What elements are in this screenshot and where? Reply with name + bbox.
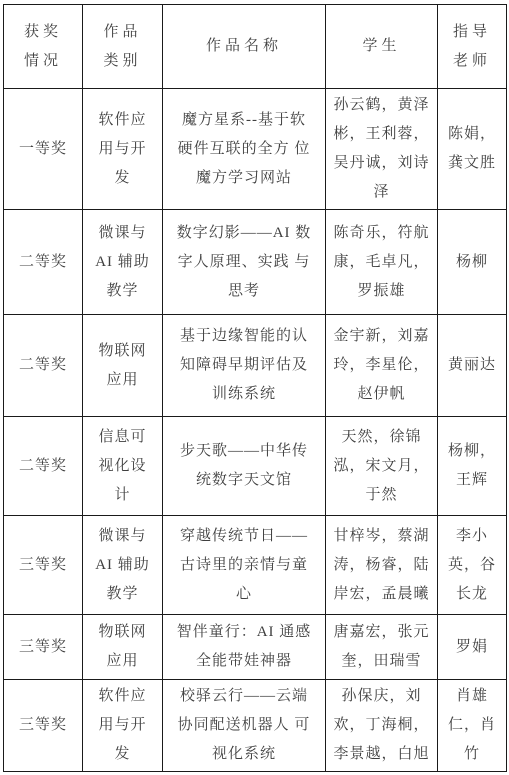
table-header-row: 获奖 情况 作品 类别 作品名称 学生 指导 老师 — [4, 5, 507, 89]
document-page: 获奖 情况 作品 类别 作品名称 学生 指导 老师 一等奖 软件应 用与开 发 … — [0, 0, 509, 775]
table-row: 二等奖 物联网 应用 基于边缘智能的认 知障碍早期评估及 训练系统 金宇新，刘嘉… — [4, 315, 507, 417]
cell-work-category: 物联网 应用 — [83, 315, 163, 417]
cell-work-category: 信息可 视化设 计 — [83, 417, 163, 516]
table-row: 一等奖 软件应 用与开 发 魔方星系--基于软 硬件互联的全方 位 魔方学习网站… — [4, 89, 507, 210]
cell-work-title: 魔方星系--基于软 硬件互联的全方 位 魔方学习网站 — [163, 89, 326, 210]
cell-work-title: 步天歌——中华传 统数字天文馆 — [163, 417, 326, 516]
table-row: 三等奖 微课与 AI 辅助 教学 穿越传统节日—— 古诗里的亲情与童 心 甘梓岑… — [4, 516, 507, 615]
cell-work-category: 软件应 用与开 发 — [83, 680, 163, 772]
header-students: 学生 — [326, 5, 438, 89]
cell-work-title: 数字幻影——AI 数 字人原理、实践 与 思考 — [163, 210, 326, 315]
cell-award-status: 三等奖 — [4, 516, 83, 615]
table-row: 三等奖 软件应 用与开 发 校驿云行——云端 协同配送机器人 可 视化系统 孙保… — [4, 680, 507, 772]
header-award-status: 获奖 情况 — [4, 5, 83, 89]
cell-work-category: 软件应 用与开 发 — [83, 89, 163, 210]
header-work-title: 作品名称 — [163, 5, 326, 89]
header-teachers: 指导 老师 — [438, 5, 507, 89]
cell-work-category: 物联网 应用 — [83, 615, 163, 680]
cell-work-title: 穿越传统节日—— 古诗里的亲情与童 心 — [163, 516, 326, 615]
cell-students: 甘梓岑，蔡湖 涛，杨睿，陆 岸宏，孟晨曦 — [326, 516, 438, 615]
awards-table: 获奖 情况 作品 类别 作品名称 学生 指导 老师 一等奖 软件应 用与开 发 … — [3, 4, 507, 772]
cell-award-status: 三等奖 — [4, 680, 83, 772]
cell-students: 天然，徐锦 泓，宋文月， 于然 — [326, 417, 438, 516]
cell-students: 金宇新，刘嘉 玲，李星伦， 赵伊帆 — [326, 315, 438, 417]
cell-teachers: 杨柳， 王辉 — [438, 417, 507, 516]
cell-students: 陈奇乐，符航 康，毛卓凡， 罗振雄 — [326, 210, 438, 315]
table-row: 二等奖 信息可 视化设 计 步天歌——中华传 统数字天文馆 天然，徐锦 泓，宋文… — [4, 417, 507, 516]
table-row: 二等奖 微课与 AI 辅助 教学 数字幻影——AI 数 字人原理、实践 与 思考… — [4, 210, 507, 315]
cell-award-status: 二等奖 — [4, 417, 83, 516]
cell-work-title: 智伴童行：AI 通感 全能带娃神器 — [163, 615, 326, 680]
cell-teachers: 肖雄 仁，肖 竹 — [438, 680, 507, 772]
cell-teachers: 黄丽达 — [438, 315, 507, 417]
cell-award-status: 二等奖 — [4, 315, 83, 417]
cell-work-category: 微课与 AI 辅助 教学 — [83, 516, 163, 615]
cell-award-status: 二等奖 — [4, 210, 83, 315]
table-row: 三等奖 物联网 应用 智伴童行：AI 通感 全能带娃神器 唐嘉宏，张元 奎，田瑞… — [4, 615, 507, 680]
cell-teachers: 李小 英，谷 长龙 — [438, 516, 507, 615]
cell-teachers: 陈娟， 龚文胜 — [438, 89, 507, 210]
header-work-category: 作品 类别 — [83, 5, 163, 89]
cell-students: 孙云鹤，黄泽 彬，王利蓉， 吴丹诚，刘诗 泽 — [326, 89, 438, 210]
cell-work-title: 基于边缘智能的认 知障碍早期评估及 训练系统 — [163, 315, 326, 417]
cell-teachers: 杨柳 — [438, 210, 507, 315]
cell-award-status: 三等奖 — [4, 615, 83, 680]
cell-work-category: 微课与 AI 辅助 教学 — [83, 210, 163, 315]
cell-students: 唐嘉宏，张元 奎，田瑞雪 — [326, 615, 438, 680]
cell-award-status: 一等奖 — [4, 89, 83, 210]
cell-work-title: 校驿云行——云端 协同配送机器人 可 视化系统 — [163, 680, 326, 772]
cell-teachers: 罗娟 — [438, 615, 507, 680]
cell-students: 孙保庆，刘 欢，丁海桐， 李景越，白旭 — [326, 680, 438, 772]
